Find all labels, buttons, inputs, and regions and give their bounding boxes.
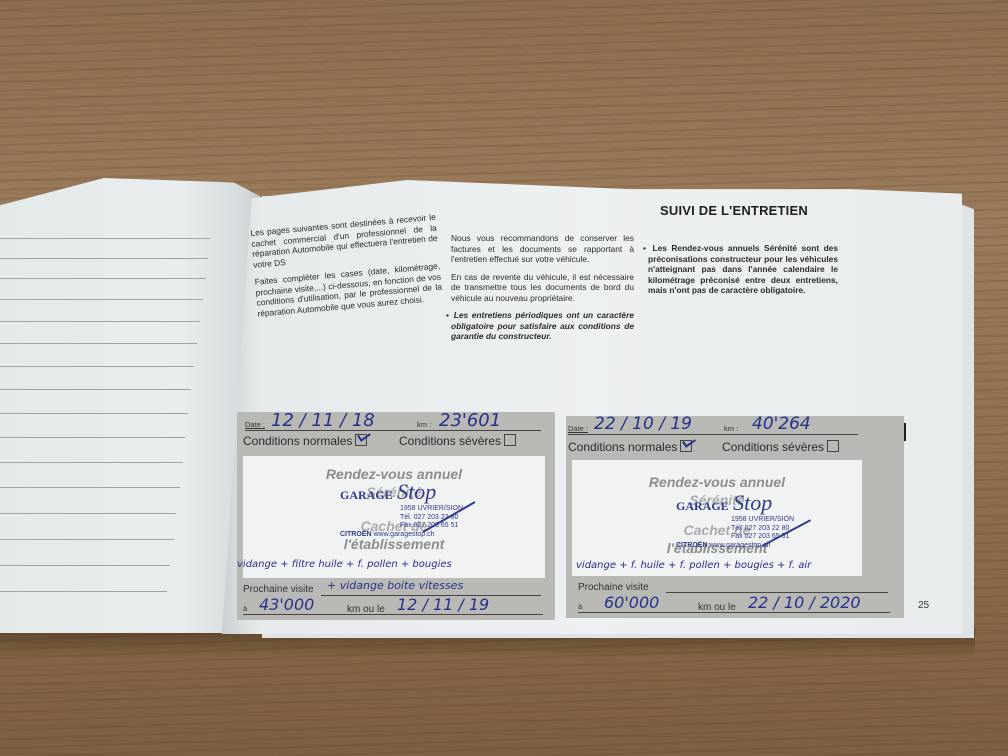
service-entry-card: Date : 12 / 11 / 18 km : 23'601 Conditio…: [237, 412, 555, 620]
next-date: 12 / 11 / 19: [397, 595, 489, 614]
conditions-severe-label: Conditions sévères: [399, 434, 501, 448]
stamp-garage: GARAGE: [676, 499, 729, 513]
entry-date: 12 / 11 / 18: [271, 410, 375, 431]
next-visit-label: Prochaine visite: [243, 584, 314, 595]
ruled-line: [0, 299, 203, 300]
ruled-line: [0, 321, 200, 322]
page-number: 25: [918, 600, 929, 611]
serenity-note: ▪ Les Rendez-vous annuels Sérénité sont …: [648, 243, 838, 296]
conditions-normal-label: Conditions normales: [568, 440, 677, 454]
underline: [568, 434, 858, 435]
underline: [243, 614, 543, 615]
ruled-line: [0, 487, 180, 488]
warranty-note-text: Les entretiens périodiques ont un caract…: [451, 310, 634, 341]
underline: [245, 430, 541, 431]
checkbox-severe[interactable]: [504, 434, 516, 446]
stamp-brand: CITROËN: [340, 531, 372, 538]
stamp-fax: Fax 027 203 65 51: [731, 533, 846, 542]
advice-column: Nous vous recommandons de conserver les …: [451, 233, 634, 349]
date-label: Date :: [245, 420, 265, 429]
km-label: km :: [724, 424, 738, 433]
entry-km: 40'264: [752, 414, 811, 434]
intro-paragraph: Faites compléter les cases (date, kilomé…: [254, 261, 443, 319]
work-done: vidange + filtre huile + f. pollen + bou…: [237, 559, 452, 570]
next-date: 22 / 10 / 2020: [748, 593, 861, 612]
ruled-line: [0, 565, 170, 566]
rv-label: Rendez-vous annuel: [572, 474, 862, 490]
at-label: à: [243, 604, 247, 613]
warranty-note: ▪ Les entretiens périodiques ont un cara…: [451, 310, 634, 342]
ruled-line: [0, 238, 210, 239]
ruled-line: [0, 513, 176, 514]
ruled-line: [0, 437, 185, 438]
checkbox-severe[interactable]: [827, 440, 839, 452]
work-done: vidange + f. huile + f. pollen + bougies…: [576, 560, 811, 571]
ruled-line: [0, 366, 194, 367]
garage-stamp: GARAGE Stop 1958 UVRIER/SION Tél. 027 20…: [676, 490, 846, 550]
ruled-line: [0, 539, 174, 540]
conditions-severe[interactable]: Conditions sévères: [399, 434, 516, 448]
ruled-line: [0, 413, 188, 414]
entry-km: 23'601: [439, 410, 501, 431]
left-page: [0, 178, 260, 633]
next-km: 60'000: [604, 593, 659, 612]
serenity-note-text: Les Rendez-vous annuels Sérénité sont de…: [648, 243, 838, 295]
conditions-normal-label: Conditions normales: [243, 434, 352, 448]
stamp-address: 1958 UVRIER/SION: [731, 516, 846, 525]
stamp-garage: GARAGE: [340, 488, 393, 502]
km-label: km :: [417, 420, 431, 429]
ruled-line: [0, 389, 191, 390]
checkbox-normal[interactable]: [355, 434, 367, 446]
page-title: SUIVI DE L'ENTRETIEN: [660, 203, 808, 218]
advice-paragraph: Nous vous recommandons de conserver les …: [451, 233, 634, 265]
stamp-stop: Stop: [733, 490, 772, 515]
service-entry-card: Date : 22 / 10 / 19 km : 40'264 Conditio…: [566, 416, 904, 618]
conditions-severe-label: Conditions sévères: [722, 440, 824, 454]
stamp-area: Rendez-vous annuel Sérénité Cachet de l'…: [572, 460, 862, 576]
ruled-line: [0, 462, 183, 463]
conditions-normal[interactable]: Conditions normales: [243, 434, 367, 448]
stamp-tel: Tél. 027 203 22 80: [400, 514, 510, 523]
underline: [578, 612, 890, 613]
next-km: 43'000: [259, 595, 314, 614]
next-visit-label: Prochaine visite: [578, 582, 649, 593]
conditions-normal[interactable]: Conditions normales: [568, 440, 692, 454]
next-visit-note: + vidange boite vitesses: [327, 579, 463, 592]
at-label: à: [578, 602, 582, 611]
stamp-brand: CITROËN: [676, 542, 708, 549]
date-label: Date :: [568, 424, 588, 433]
conditions-severe[interactable]: Conditions sévères: [722, 440, 839, 454]
checkbox-normal[interactable]: [680, 440, 692, 452]
intro-column: Les pages suivantes sont destinées à rec…: [250, 212, 444, 326]
ruled-line: [0, 343, 197, 344]
stamp-area: Rendez-vous annuel Sérénité Cachet de l'…: [243, 456, 545, 578]
advice-paragraph: En cas de revente du véhicule, il est né…: [451, 272, 634, 304]
stamp-stop: Stop: [397, 479, 436, 504]
stamp-fax: Fax 027 203 65 51: [400, 522, 510, 531]
ruled-line: [0, 591, 167, 592]
entry-date: 22 / 10 / 19: [594, 414, 692, 434]
ruled-line: [0, 278, 206, 279]
ruled-line: [0, 258, 208, 259]
